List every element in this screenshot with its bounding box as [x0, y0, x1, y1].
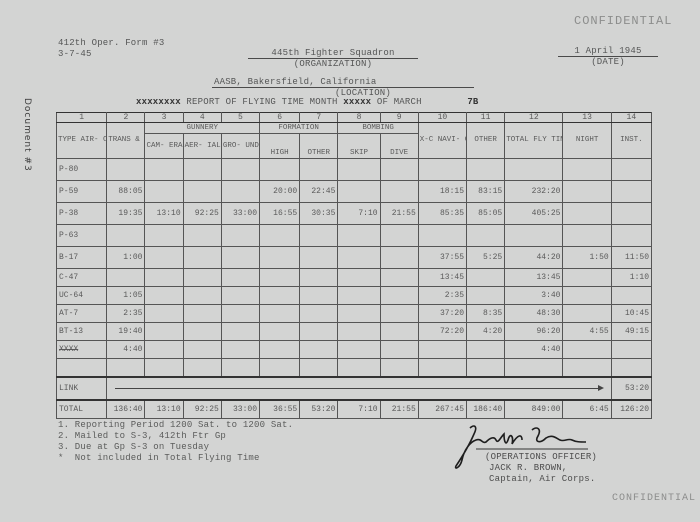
cell: 21:55: [380, 203, 418, 225]
header-high: HIGH: [260, 134, 300, 159]
cell: 1:05: [107, 287, 145, 305]
total-cell: 53:20: [300, 400, 338, 419]
report-mark: 7B: [467, 97, 478, 107]
cell: [145, 323, 183, 341]
cell: [145, 305, 183, 323]
cell: [260, 305, 300, 323]
header-type: TYPE AIR- CRAFT: [57, 123, 107, 159]
total-cell: 186:40: [467, 400, 505, 419]
aircraft-type: P-38: [57, 203, 107, 225]
cell: [221, 305, 259, 323]
link-row: LINK 53:20: [57, 377, 652, 400]
cell: [563, 203, 611, 225]
header-ground: GRO- UND: [221, 134, 259, 159]
total-cell: 21:55: [380, 400, 418, 419]
cell: [380, 159, 418, 181]
cell: [380, 323, 418, 341]
cell: 18:15: [418, 181, 466, 203]
header-gunnery: GUNNERY: [145, 123, 260, 134]
col-num: 4: [183, 113, 221, 123]
aircraft-type: P-63: [57, 225, 107, 247]
organization-field: 445th Fighter Squadron (ORGANIZATION): [248, 48, 418, 69]
cell: [467, 225, 505, 247]
cell: [221, 247, 259, 269]
date-label: (DATE): [558, 57, 658, 67]
report-title-struck: xxxxxxxx: [136, 97, 181, 107]
cell: [221, 323, 259, 341]
signature-block: (OPERATIONS OFFICER) JACK R. BROWN, Capt…: [485, 452, 597, 485]
table-row: UC-64 1:052:353:40: [57, 287, 652, 305]
note: 1. Reporting Period 1200 Sat. to 1200 Sa…: [58, 420, 293, 431]
table-row: P-59 88:0520:0022:4518:1583:15232:20: [57, 181, 652, 203]
cell: 405:25: [505, 203, 563, 225]
header-trans: TRANS & ENG: [107, 123, 145, 159]
total-label: TOTAL: [57, 400, 107, 419]
cell: [380, 341, 418, 359]
cell: [221, 287, 259, 305]
cell: [338, 323, 380, 341]
header-formation-other: OTHER: [300, 134, 338, 159]
cell: 44:20: [505, 247, 563, 269]
cell: 2:35: [107, 305, 145, 323]
cell: [505, 359, 563, 378]
aircraft-type: P-80: [57, 159, 107, 181]
table-row: BT-13 19:4072:204:2096:204:5549:15: [57, 323, 652, 341]
cell: [300, 247, 338, 269]
header-dive: DIVE: [380, 134, 418, 159]
aircraft-type: UC-64: [57, 287, 107, 305]
note: 2. Mailed to S-3, 412th Ftr Gp: [58, 431, 293, 442]
aircraft-type: BT-13: [57, 323, 107, 341]
total-cell: 136:40: [107, 400, 145, 419]
header-camera: CAM- ERA: [145, 134, 183, 159]
cell: [467, 359, 505, 378]
organization-value: 445th Fighter Squadron: [248, 48, 418, 59]
cell: 72:20: [418, 323, 466, 341]
cell: [221, 225, 259, 247]
form-id-block: 412th Oper. Form #3 3-7-45: [58, 38, 164, 60]
cell: [183, 359, 221, 378]
cell: [467, 287, 505, 305]
cell: [145, 181, 183, 203]
cell: 4:40: [505, 341, 563, 359]
cell: 85:05: [467, 203, 505, 225]
note: 3. Due at Gp S-3 on Tuesday: [58, 442, 293, 453]
date-field: 1 April 1945 (DATE): [558, 46, 658, 67]
cell: [563, 287, 611, 305]
cell: 7:10: [338, 203, 380, 225]
cell: [221, 359, 259, 378]
cell: [338, 359, 380, 378]
cell: [145, 247, 183, 269]
cell: [260, 323, 300, 341]
aircraft-type: C-47: [57, 269, 107, 287]
location-value: AASB, Bakersfield, California: [212, 77, 474, 88]
col-num: 10: [418, 113, 466, 123]
header-total: TOTAL FLY TIME: [505, 123, 563, 159]
cell: [380, 247, 418, 269]
col-num: 1: [57, 113, 107, 123]
cell: [300, 359, 338, 378]
cell: 13:45: [505, 269, 563, 287]
cell: [183, 225, 221, 247]
cell: 232:20: [505, 181, 563, 203]
header-formation: FORMATION: [260, 123, 338, 134]
report-period: OF MARCH: [377, 97, 422, 107]
col-num: 13: [563, 113, 611, 123]
officer-name: JACK R. BROWN,: [485, 463, 597, 474]
header-inst: INST.: [611, 123, 651, 159]
header-other: OTHER: [467, 123, 505, 159]
cell: 88:05: [107, 181, 145, 203]
cell: [145, 269, 183, 287]
cell: [260, 359, 300, 378]
cell: 96:20: [505, 323, 563, 341]
cell: [338, 305, 380, 323]
col-num: 8: [338, 113, 380, 123]
table-row: XXXX 4:404:40: [57, 341, 652, 359]
report-title-text: REPORT OF FLYING TIME MONTH: [186, 97, 337, 107]
cell: [563, 305, 611, 323]
cell: [260, 159, 300, 181]
cell: [260, 247, 300, 269]
col-num: 9: [380, 113, 418, 123]
cell: [467, 159, 505, 181]
report-title-struck2: xxxxx: [343, 97, 371, 107]
cell: 5:25: [467, 247, 505, 269]
table-row: C-47 13:4513:451:10: [57, 269, 652, 287]
cell: 13:45: [418, 269, 466, 287]
cell: 22:45: [300, 181, 338, 203]
cell: 4:40: [107, 341, 145, 359]
cell: 49:15: [611, 323, 651, 341]
total-cell: 7:10: [338, 400, 380, 419]
header-bombing: BOMBING: [338, 123, 418, 134]
cell: [611, 159, 651, 181]
cell: 2:35: [418, 287, 466, 305]
cell: 37:55: [418, 247, 466, 269]
cell: [221, 159, 259, 181]
cell: [611, 287, 651, 305]
header-row-1: TYPE AIR- CRAFT TRANS & ENG GUNNERY FORM…: [57, 123, 652, 134]
col-num: 2: [107, 113, 145, 123]
cell: [563, 225, 611, 247]
cell: [300, 159, 338, 181]
cell: [338, 225, 380, 247]
cell: [260, 225, 300, 247]
cell: [183, 159, 221, 181]
cell: 4:20: [467, 323, 505, 341]
cell: [338, 247, 380, 269]
total-cell: 6:45: [563, 400, 611, 419]
cell: [611, 181, 651, 203]
note: * Not included in Total Flying Time: [58, 453, 293, 464]
cell: [145, 159, 183, 181]
header-xc: X-C NAVI- GATION: [418, 123, 466, 159]
col-num: 6: [260, 113, 300, 123]
cell: [338, 341, 380, 359]
cell: [338, 181, 380, 203]
cell: 16:55: [260, 203, 300, 225]
aircraft-type: XXXX: [57, 341, 107, 359]
col-num: 5: [221, 113, 259, 123]
footnotes: 1. Reporting Period 1200 Sat. to 1200 Sa…: [58, 420, 293, 464]
arrow-right-icon: [115, 388, 598, 389]
cell: [145, 341, 183, 359]
link-label: LINK: [57, 377, 107, 400]
location-field: AASB, Bakersfield, California (LOCATION): [212, 77, 474, 98]
cell: [380, 287, 418, 305]
cell: [505, 225, 563, 247]
cell: 92:25: [183, 203, 221, 225]
cell: [563, 359, 611, 378]
link-arrow-cell: [107, 377, 611, 400]
cell: [611, 225, 651, 247]
cell: [260, 287, 300, 305]
table-row: AT-7 2:3537:208:3548:3010:45: [57, 305, 652, 323]
cell: [107, 269, 145, 287]
aircraft-type: [57, 359, 107, 378]
cell: [107, 225, 145, 247]
cell: [221, 181, 259, 203]
cell: 1:50: [563, 247, 611, 269]
flying-time-table: 1 2 3 4 5 6 7 8 9 10 11 12 13 14 TYPE AI…: [56, 112, 652, 419]
col-num: 12: [505, 113, 563, 123]
header-aerial: AER- IAL: [183, 134, 221, 159]
cell: [300, 341, 338, 359]
cell: [145, 225, 183, 247]
date-value: 1 April 1945: [558, 46, 658, 57]
cell: [505, 159, 563, 181]
total-cell: 849:00: [505, 400, 563, 419]
officer-title: (OPERATIONS OFFICER): [485, 452, 597, 463]
total-cell: 267:45: [418, 400, 466, 419]
cell: 30:35: [300, 203, 338, 225]
link-inst: 53:20: [611, 377, 651, 400]
cell: [183, 287, 221, 305]
cell: [467, 341, 505, 359]
aircraft-type: B-17: [57, 247, 107, 269]
cell: [467, 269, 505, 287]
form-id: 412th Oper. Form #3: [58, 38, 164, 49]
cell: [418, 159, 466, 181]
total-cell: 36:55: [260, 400, 300, 419]
cell: 8:35: [467, 305, 505, 323]
table-row: P-80: [57, 159, 652, 181]
cell: [260, 269, 300, 287]
cell: [338, 159, 380, 181]
cell: [611, 341, 651, 359]
officer-rank: Captain, Air Corps.: [485, 474, 597, 485]
cell: [563, 159, 611, 181]
cell: [611, 359, 651, 378]
table-row: [57, 359, 652, 378]
cell: [380, 181, 418, 203]
cell: [183, 181, 221, 203]
cell: 33:00: [221, 203, 259, 225]
cell: [563, 269, 611, 287]
cell: [107, 359, 145, 378]
col-num: 3: [145, 113, 183, 123]
cell: 11:50: [611, 247, 651, 269]
cell: [183, 269, 221, 287]
cell: [611, 203, 651, 225]
cell: 48:30: [505, 305, 563, 323]
aircraft-type: AT-7: [57, 305, 107, 323]
total-cell: 92:25: [183, 400, 221, 419]
table-row: P-63: [57, 225, 652, 247]
cell: [380, 225, 418, 247]
cell: [300, 305, 338, 323]
header-night: NIGHT: [563, 123, 611, 159]
form-date: 3-7-45: [58, 49, 164, 60]
cell: [183, 247, 221, 269]
cell: [380, 359, 418, 378]
report-title: xxxxxxxx REPORT OF FLYING TIME MONTH xxx…: [136, 97, 479, 107]
cell: 13:10: [145, 203, 183, 225]
cell: [300, 269, 338, 287]
cell: 37:20: [418, 305, 466, 323]
cell: [183, 305, 221, 323]
cell: [338, 287, 380, 305]
cell: [183, 323, 221, 341]
cell: [418, 341, 466, 359]
confidential-stamp-bottom: CONFIDENTIAL: [612, 493, 696, 504]
cell: 19:35: [107, 203, 145, 225]
cell: [260, 341, 300, 359]
table-row: B-17 1:0037:555:2544:201:5011:50: [57, 247, 652, 269]
cell: [107, 159, 145, 181]
cell: [300, 225, 338, 247]
cell: 83:15: [467, 181, 505, 203]
header-skip: SKIP: [338, 134, 380, 159]
cell: 10:45: [611, 305, 651, 323]
cell: [145, 359, 183, 378]
cell: [221, 341, 259, 359]
cell: 1:10: [611, 269, 651, 287]
cell: [145, 287, 183, 305]
table-row: P-38 19:3513:1092:2533:0016:5530:357:102…: [57, 203, 652, 225]
cell: 1:00: [107, 247, 145, 269]
aircraft-type: P-59: [57, 181, 107, 203]
cell: [338, 269, 380, 287]
cell: [183, 341, 221, 359]
cell: [300, 287, 338, 305]
cell: [418, 225, 466, 247]
cell: [221, 269, 259, 287]
cell: 3:40: [505, 287, 563, 305]
cell: 20:00: [260, 181, 300, 203]
cell: 85:35: [418, 203, 466, 225]
total-row: TOTAL 136:4013:1092:2533:0036:5553:207:1…: [57, 400, 652, 419]
total-cell: 13:10: [145, 400, 183, 419]
confidential-stamp-top: CONFIDENTIAL: [574, 14, 672, 28]
total-cell: 126:20: [611, 400, 651, 419]
col-num: 14: [611, 113, 651, 123]
margin-note: Document #3: [22, 98, 32, 172]
cell: [380, 269, 418, 287]
cell: [563, 341, 611, 359]
column-numbers-row: 1 2 3 4 5 6 7 8 9 10 11 12 13 14: [57, 113, 652, 123]
col-num: 11: [467, 113, 505, 123]
cell: [418, 359, 466, 378]
cell: 4:55: [563, 323, 611, 341]
col-num: 7: [300, 113, 338, 123]
total-cell: 33:00: [221, 400, 259, 419]
cell: 19:40: [107, 323, 145, 341]
organization-label: (ORGANIZATION): [248, 59, 418, 69]
cell: [380, 305, 418, 323]
cell: [300, 323, 338, 341]
cell: [563, 181, 611, 203]
